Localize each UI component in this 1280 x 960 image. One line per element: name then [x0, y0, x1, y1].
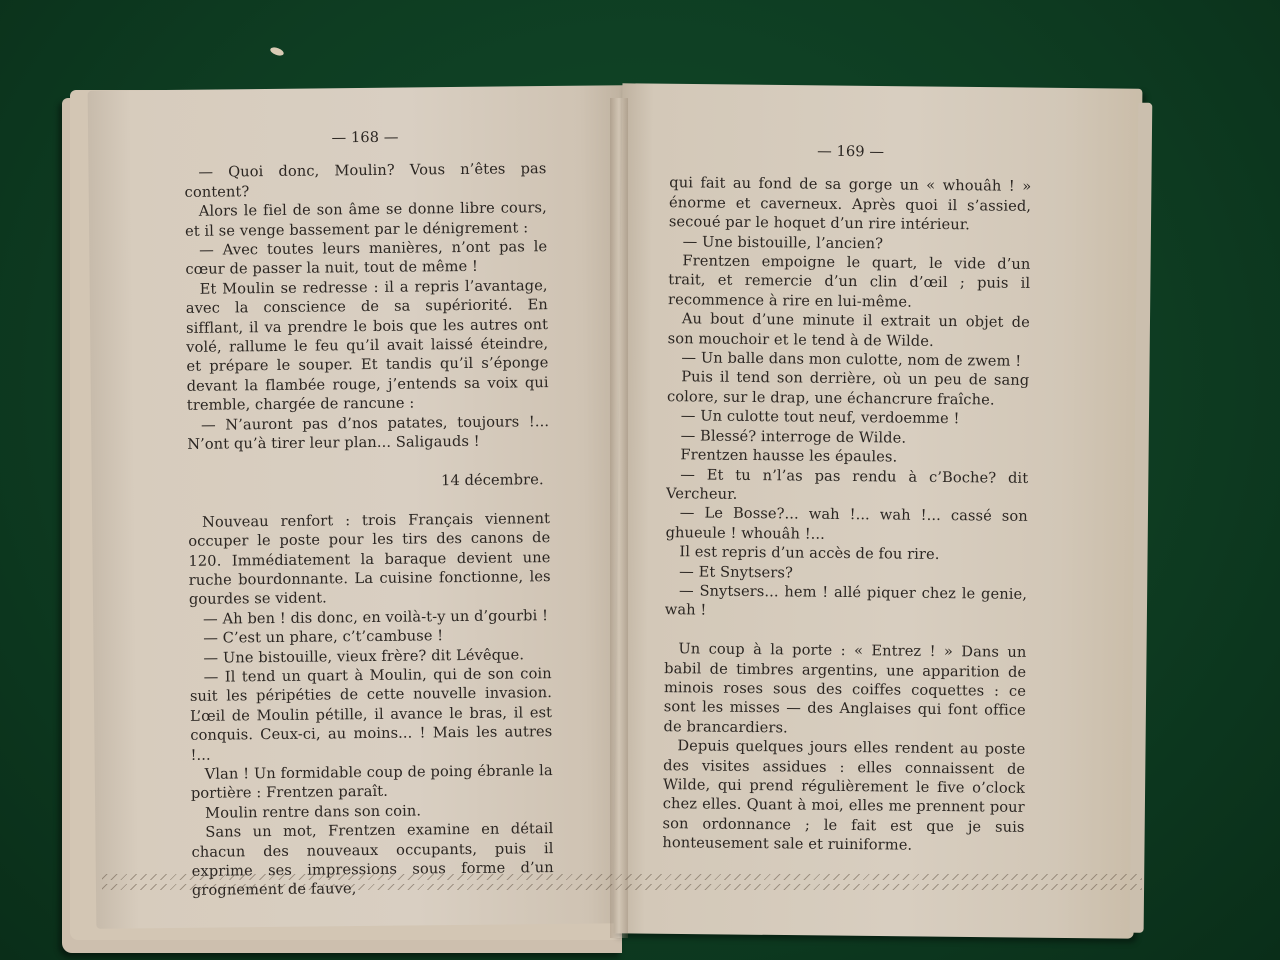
paragraph: — Ah ben ! dis donc, en voilà-t-y un d’g…	[189, 606, 551, 629]
right-page-text: — 169 — qui fait au fond de sa gorge un …	[662, 140, 1031, 856]
left-page-text: — 168 — — Quoi donc, Moulin? Vous n’êtes…	[184, 126, 554, 901]
paragraph: Vlan ! Un formidable coup de poing ébran…	[191, 761, 553, 804]
page-number: — 169 —	[670, 140, 1032, 163]
paragraph: Au bout d’une minute il extrait un objet…	[668, 309, 1030, 352]
paragraph: qui fait au fond de sa gorge un « whouâh…	[669, 174, 1032, 236]
paragraph: Frentzen empoigne le quart, le vide d’un…	[668, 251, 1031, 313]
paragraph: — Quoi donc, Moulin? Vous n’êtes pas con…	[184, 160, 546, 203]
paragraph: Puis il tend son derrière, où un peu de …	[667, 368, 1029, 411]
paragraph: Depuis quelques jours elles rendent au p…	[662, 736, 1025, 856]
paragraph: Sans un mot, Frentzen examine en détail …	[191, 819, 554, 900]
paragraph: Nouveau renfort : trois Français viennen…	[188, 509, 551, 610]
paragraph: — Snytsers... hem ! allé piquer chez le …	[665, 581, 1027, 624]
book-gutter	[610, 98, 628, 938]
right-page-body: qui fait au fond de sa gorge un « whouâh…	[662, 174, 1031, 857]
paragraph: — Et tu n’l’as pas rendu à c’Boche? dit …	[666, 465, 1028, 508]
left-page-body: — Quoi donc, Moulin? Vous n’êtes pas con…	[184, 160, 554, 901]
debris-speck	[269, 46, 285, 57]
paragraph: Et Moulin se redresse : il a repris l’av…	[186, 276, 549, 416]
paragraph: Alors le fiel de son âme se donne libre …	[185, 198, 547, 241]
paragraph: — N’auront pas d’nos patates, toujours !…	[187, 412, 549, 455]
paragraph: — Avec toutes leurs manières, n’ont pas …	[185, 237, 547, 280]
page-number: — 168 —	[184, 126, 546, 149]
paragraph: — Il tend un quart à Moulin, qui de son …	[190, 664, 553, 765]
paragraph: Un coup à la porte : « Entrez ! » Dans u…	[663, 639, 1026, 740]
paragraph: — Le Bosse?... wah !... wah !... cassé s…	[666, 503, 1028, 546]
